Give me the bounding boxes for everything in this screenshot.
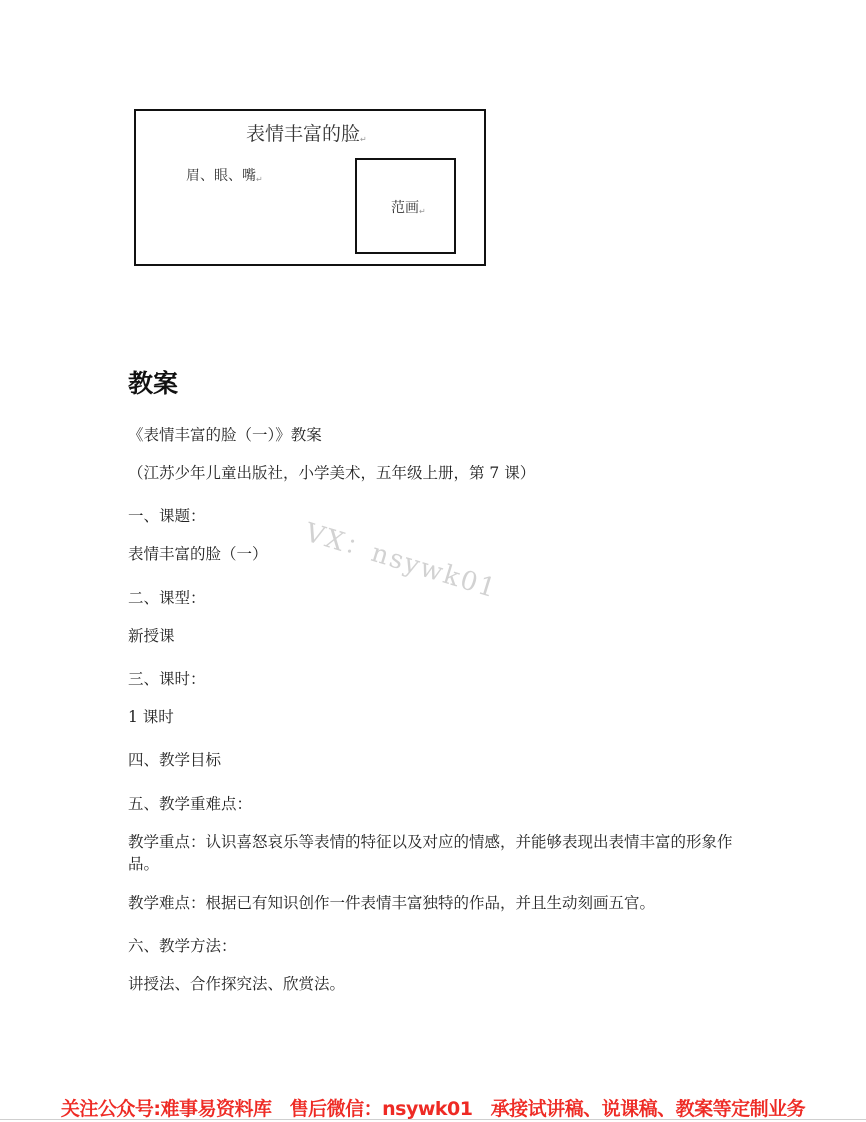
- publisher-info: （江苏少年儿童出版社，小学美术，五年级上册，第 7 课）: [128, 462, 748, 484]
- sample-drawing-label: 范画↵: [391, 197, 426, 217]
- methods-value: 讲授法、合作探究法、欣赏法。: [128, 973, 748, 995]
- footer-account: 关注公众号:难事易资料库: [61, 1098, 272, 1120]
- sample-drawing-text: 范画: [391, 200, 419, 216]
- diagram-title: 表情丰富的脸↵: [246, 119, 367, 146]
- section-duration-label: 三、课时：: [128, 668, 748, 690]
- paragraph-mark-icon: ↵: [419, 207, 426, 216]
- duration-value: 1 课时: [128, 706, 748, 728]
- footer-wechat: 售后微信：nsywk01: [290, 1098, 473, 1120]
- diagram-features-label: 眉、眼、嘴↵: [186, 165, 263, 185]
- footer-divider: [0, 1119, 866, 1120]
- section-keypoints-label: 五、教学重难点：: [128, 793, 748, 815]
- sample-drawing-box: 范画↵: [355, 158, 456, 254]
- paragraph-mark-icon: ↵: [360, 135, 367, 144]
- section-methods-label: 六、教学方法：: [128, 935, 748, 957]
- section-type-label: 二、课型：: [128, 587, 748, 609]
- diagram-features-text: 眉、眼、嘴: [186, 168, 256, 184]
- section-objectives-label: 四、教学目标: [128, 749, 748, 771]
- diagram-title-text: 表情丰富的脸: [246, 123, 360, 145]
- key-point-text: 教学重点：认识喜怒哀乐等表情的特征以及对应的情感，并能够表现出表情丰富的形象作品…: [128, 831, 743, 875]
- footer-banner: 关注公众号:难事易资料库 售后微信：nsywk01 承接试讲稿、说课稿、教案等定…: [0, 1094, 866, 1122]
- type-value: 新授课: [128, 625, 748, 647]
- lesson-plan-title: 《表情丰富的脸（一）》教案: [128, 424, 748, 446]
- section-heading: 教案: [128, 364, 178, 400]
- paragraph-mark-icon: ↵: [256, 175, 263, 184]
- footer-services: 承接试讲稿、说课稿、教案等定制业务: [491, 1098, 806, 1120]
- difficult-point-text: 教学难点：根据已有知识创作一件表情丰富独特的作品，并且生动刻画五官。: [128, 892, 748, 914]
- section-topic-label: 一、课题：: [128, 505, 748, 527]
- board-layout-diagram: 表情丰富的脸↵ 眉、眼、嘴↵ 范画↵: [134, 109, 486, 266]
